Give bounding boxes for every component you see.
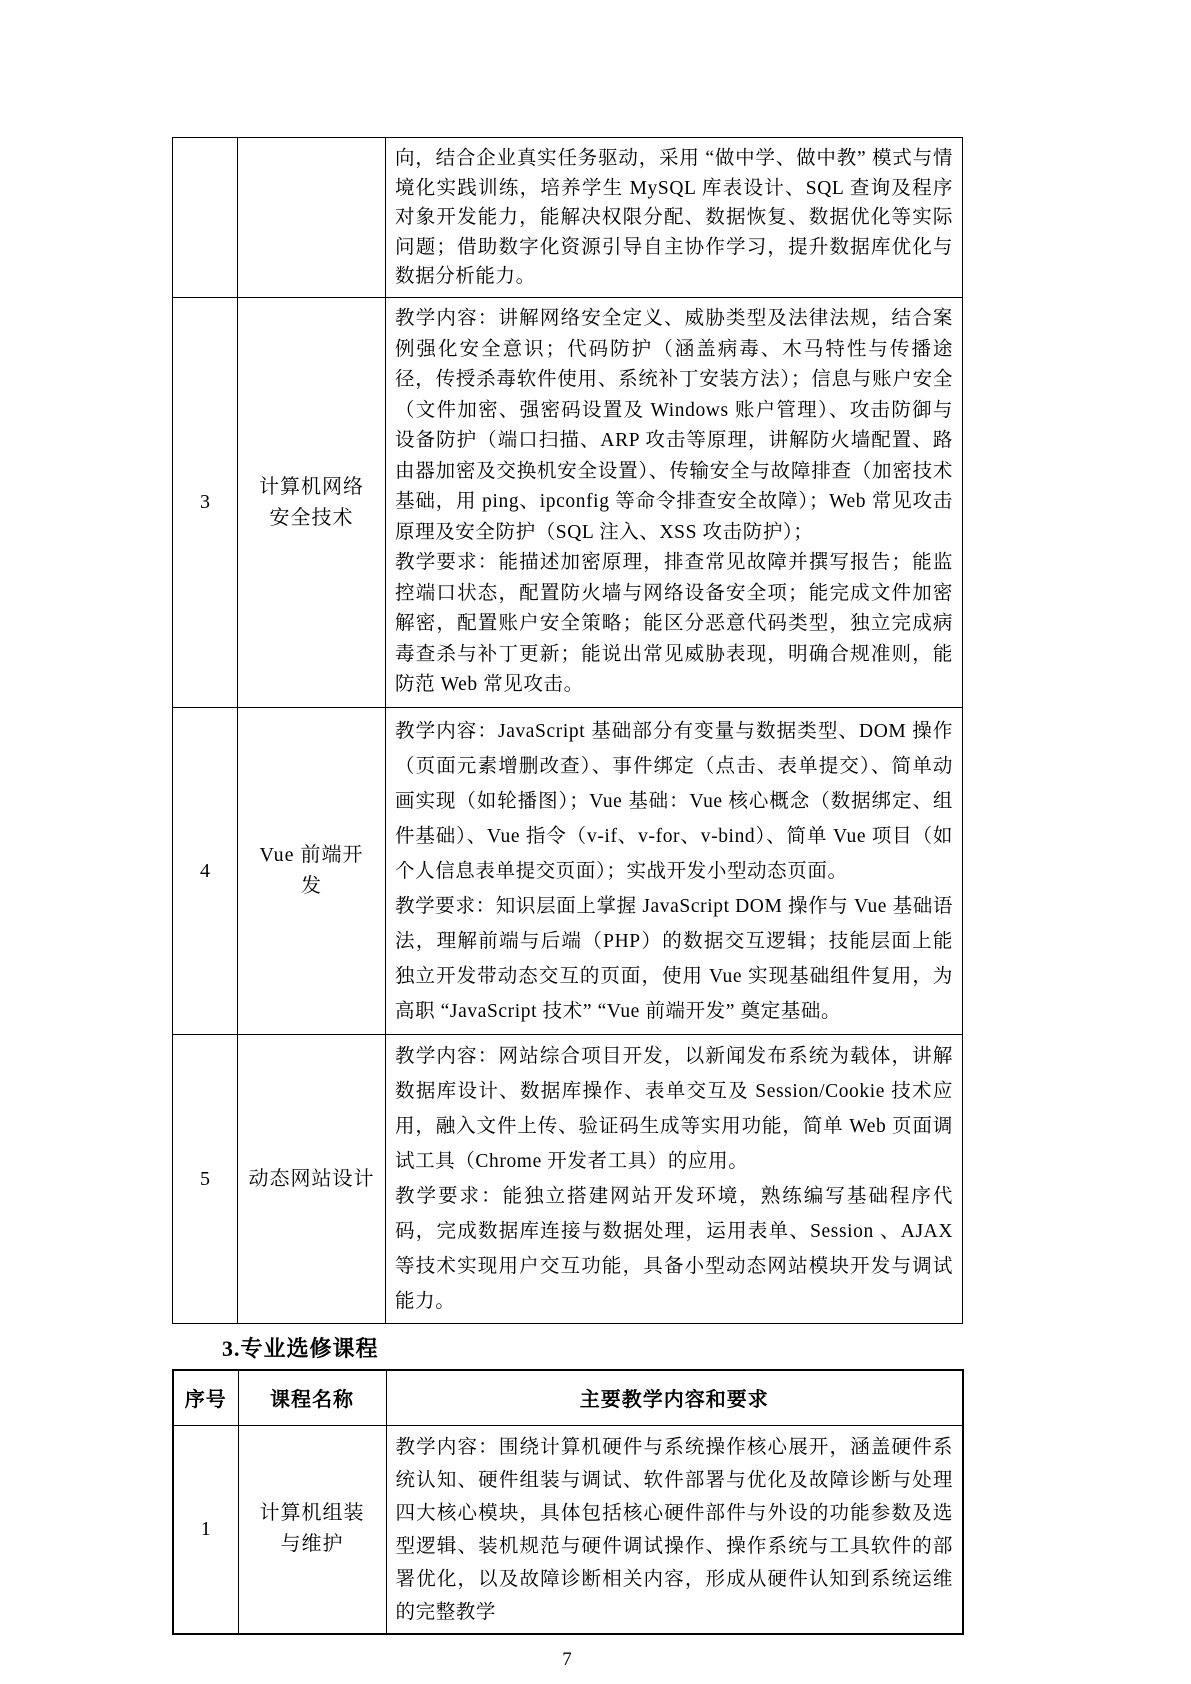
teaching-content-paragraph: 教学内容：网站综合项目开发，以新闻发布系统为载体，讲解数据库设计、数据库操作、表… bbox=[395, 1039, 953, 1179]
course-name-cell bbox=[238, 138, 386, 298]
course-content-cell: 向，结合企业真实任务驱动，采用 “做中学、做中教” 模式与情境化实践训练，培养学… bbox=[386, 138, 963, 298]
elective-course-table: 序号 课程名称 主要教学内容和要求 1 计算机组装 与维护 教学内容：围绕计算机… bbox=[172, 1369, 964, 1635]
teaching-content-paragraph: 教学内容：JavaScript 基础部分有变量与数据类型、DOM 操作（页面元素… bbox=[395, 714, 953, 889]
row-number-cell: 4 bbox=[173, 708, 238, 1035]
section-heading: 3.专业选修课程 bbox=[222, 1332, 962, 1363]
course-name-cell: Vue 前端开 发 bbox=[238, 708, 386, 1035]
row-number-cell: 1 bbox=[173, 1425, 238, 1634]
table-row-network-security: 3 计算机网络 安全技术 教学内容：讲解网络安全定义、威胁类型及法律法规，结合案… bbox=[173, 298, 963, 708]
header-main-content: 主要教学内容和要求 bbox=[386, 1370, 963, 1425]
course-content-cell: 教学内容：JavaScript 基础部分有变量与数据类型、DOM 操作（页面元素… bbox=[386, 708, 963, 1035]
course-content-cell: 教学内容：围绕计算机硬件与系统操作核心展开，涵盖硬件系统认知、硬件组装与调试、软… bbox=[386, 1425, 963, 1634]
table-row-continued: 向，结合企业真实任务驱动，采用 “做中学、做中教” 模式与情境化实践训练，培养学… bbox=[173, 138, 963, 298]
row-number-cell bbox=[173, 138, 238, 298]
teaching-content-paragraph: 向，结合企业真实任务驱动，采用 “做中学、做中教” 模式与情境化实践训练，培养学… bbox=[395, 144, 953, 292]
table-row-dynamic-website: 5 动态网站设计 教学内容：网站综合项目开发，以新闻发布系统为载体，讲解数据库设… bbox=[173, 1035, 963, 1324]
teaching-content-paragraph: 教学内容：围绕计算机硬件与系统操作核心展开，涵盖硬件系统认知、硬件组装与调试、软… bbox=[396, 1431, 954, 1629]
table-row-vue-frontend: 4 Vue 前端开 发 教学内容：JavaScript 基础部分有变量与数据类型… bbox=[173, 708, 963, 1035]
course-name-cell: 计算机组装 与维护 bbox=[238, 1425, 386, 1634]
teaching-content-paragraph: 教学内容：讲解网络安全定义、威胁类型及法律法规，结合案例强化安全意识；代码防护（… bbox=[395, 304, 953, 548]
course-name-cell: 动态网站设计 bbox=[238, 1035, 386, 1324]
course-content-cell: 教学内容：讲解网络安全定义、威胁类型及法律法规，结合案例强化安全意识；代码防护（… bbox=[386, 298, 963, 708]
course-name-cell: 计算机网络 安全技术 bbox=[238, 298, 386, 708]
row-number-cell: 3 bbox=[173, 298, 238, 708]
table-header-row: 序号 课程名称 主要教学内容和要求 bbox=[173, 1370, 963, 1425]
header-serial-number: 序号 bbox=[173, 1370, 238, 1425]
core-course-table-continued: 向，结合企业真实任务驱动，采用 “做中学、做中教” 模式与情境化实践训练，培养学… bbox=[172, 137, 963, 1324]
course-content-cell: 教学内容：网站综合项目开发，以新闻发布系统为载体，讲解数据库设计、数据库操作、表… bbox=[386, 1035, 963, 1324]
header-course-name: 课程名称 bbox=[238, 1370, 386, 1425]
teaching-requirements-paragraph: 教学要求：知识层面上掌握 JavaScript DOM 操作与 Vue 基础语法… bbox=[395, 889, 953, 1029]
table-row-computer-assembly: 1 计算机组装 与维护 教学内容：围绕计算机硬件与系统操作核心展开，涵盖硬件系统… bbox=[173, 1425, 963, 1634]
document-page-content: 向，结合企业真实任务驱动，采用 “做中学、做中教” 模式与情境化实践训练，培养学… bbox=[172, 137, 962, 1671]
page-number: 7 bbox=[172, 1649, 962, 1671]
teaching-requirements-paragraph: 教学要求：能描述加密原理，排查常见故障并撰写报告；能监控端口状态，配置防火墙与网… bbox=[395, 548, 953, 701]
teaching-requirements-paragraph: 教学要求：能独立搭建网站开发环境，熟练编写基础程序代码，完成数据库连接与数据处理… bbox=[395, 1179, 953, 1319]
row-number-cell: 5 bbox=[173, 1035, 238, 1324]
